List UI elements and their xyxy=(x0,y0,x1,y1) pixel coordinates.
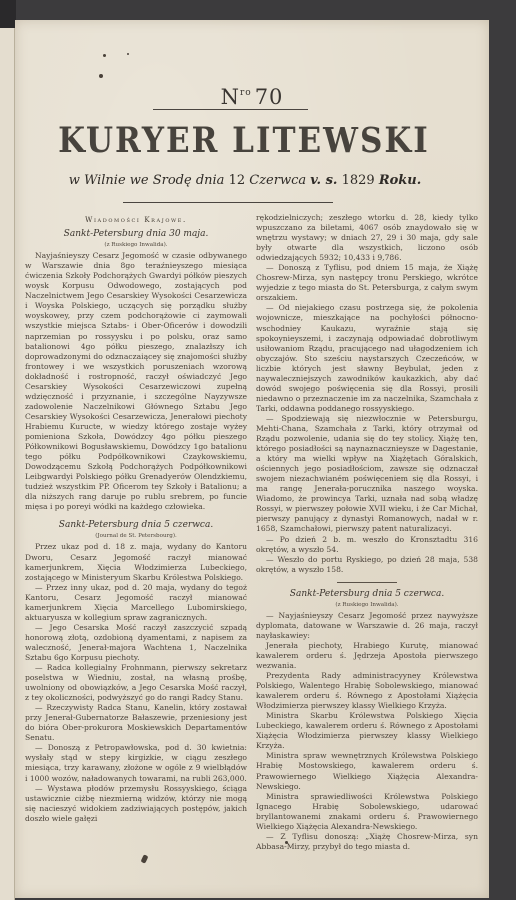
dateline-style: v. s. xyxy=(310,173,337,188)
article-paragraph: Ministra sprawiedliwości Królewstwa Pols… xyxy=(256,792,478,832)
article-paragraph: — Przez inny ukaz, pod d. 20 maja, wydan… xyxy=(25,583,247,623)
dateline-end: Roku. xyxy=(379,173,421,188)
article-paragraph: — Rzeczywisty Radca Stanu, Kanelin, któr… xyxy=(25,703,247,743)
left-column: Wiadomości Krajowe. Sankt-Petersburg dni… xyxy=(25,213,247,824)
section-divider xyxy=(337,582,397,583)
article-paragraph: rękodzielniczych; zeszłego wtorku d. 28,… xyxy=(256,213,478,263)
article-paragraph: — Donoszą z Tyflisu, pod dniem 15 maja, … xyxy=(256,263,478,303)
paper-speck xyxy=(99,74,103,78)
article-paragraph: Przez ukaz pod d. 18 z. maja, wydany do … xyxy=(25,542,247,582)
paper-stain xyxy=(141,854,149,863)
article-dateline: Sankt-Petersburg dnia 5 czerwca. xyxy=(25,520,247,530)
dateline-month: Czerwca xyxy=(249,173,306,188)
article-paragraph: Ministra Skarbu Królewstwa Polskiego Xię… xyxy=(256,711,478,751)
article-source: (z Ruskiego Inwalida). xyxy=(256,600,478,610)
paper-speck xyxy=(103,54,106,57)
article-paragraph: — Donoszą z Petropawłowska, pod d. 30 kw… xyxy=(25,743,247,783)
issue-number: Nro70 xyxy=(15,85,489,109)
dateline: w Wilnie we Srodę dnia 12 Czerwca v. s. … xyxy=(45,173,445,188)
newspaper-page: Nro70 KURYER LITEWSKI w Wilnie we Srodę … xyxy=(15,20,489,898)
article-paragraph: — Wystawa płodów przemysłu Rossyyskiego,… xyxy=(25,784,247,824)
article-paragraph: — Z Tyflisu donoszą: „Xiążę Chosrew-Mirz… xyxy=(256,832,478,852)
issue-number-suffix: ro xyxy=(240,88,252,98)
masthead-rule-bottom xyxy=(123,202,333,203)
scan-background-corner xyxy=(0,0,16,28)
masthead-rule-top xyxy=(153,109,308,110)
article-paragraph: — Radca kollegialny Frohnmann, pierwszy … xyxy=(25,663,247,703)
article-paragraph: — Od niejakiego czasu postrzega się, że … xyxy=(256,303,478,414)
article-paragraph: Jenerała piechoty, Hrabiego Kurutę, mian… xyxy=(256,641,478,671)
newspaper-title: KURYER LITEWSKI xyxy=(29,121,459,161)
paper-speck xyxy=(127,53,129,55)
article-paragraph: — Spodziewają się niezwłocznie w Petersb… xyxy=(256,414,478,535)
article-dateline: Sankt-Petersburg dnia 5 czerwca. xyxy=(256,589,478,599)
article-source: (Journal de St. Petersbourg). xyxy=(25,531,247,541)
article-paragraph: — Jego Cesarska Mość raczył zaszczycić s… xyxy=(25,623,247,663)
section-heading: Wiadomości Krajowe. xyxy=(25,215,247,225)
paper-speck xyxy=(285,841,288,844)
article-paragraph: — Po dzień 2 b. m. weszło do Kronsztadtu… xyxy=(256,535,478,555)
dateline-year: 1829 xyxy=(342,173,375,188)
adjacent-page-edge xyxy=(0,22,15,900)
article-paragraph: Nayjaśnieyszy Cesarz Jegomość w czasie o… xyxy=(25,251,247,512)
article-paragraph: Ministra spraw wewnętrznych Królewstwa P… xyxy=(256,751,478,791)
article-paragraph: — Weszło do portu Ryskiego, po dzień 28 … xyxy=(256,555,478,575)
article-paragraph: Prezydenta Rady administracyyney Królews… xyxy=(256,671,478,711)
article-dateline: Sankt-Petersburg dnia 30 maja. xyxy=(25,229,247,239)
article-source: (z Ruskiego Inwalida). xyxy=(25,240,247,250)
dateline-place: w Wilnie we Srodę dnia xyxy=(69,173,225,188)
article-paragraph: — Nayjaśnieyszy Cesarz Jegomość przez na… xyxy=(256,611,478,641)
right-column: rękodzielniczych; zeszłego wtorku d. 28,… xyxy=(256,213,478,852)
dateline-day: 12 xyxy=(229,173,246,188)
issue-number-prefix: N xyxy=(221,85,240,109)
issue-number-value: 70 xyxy=(255,85,284,109)
